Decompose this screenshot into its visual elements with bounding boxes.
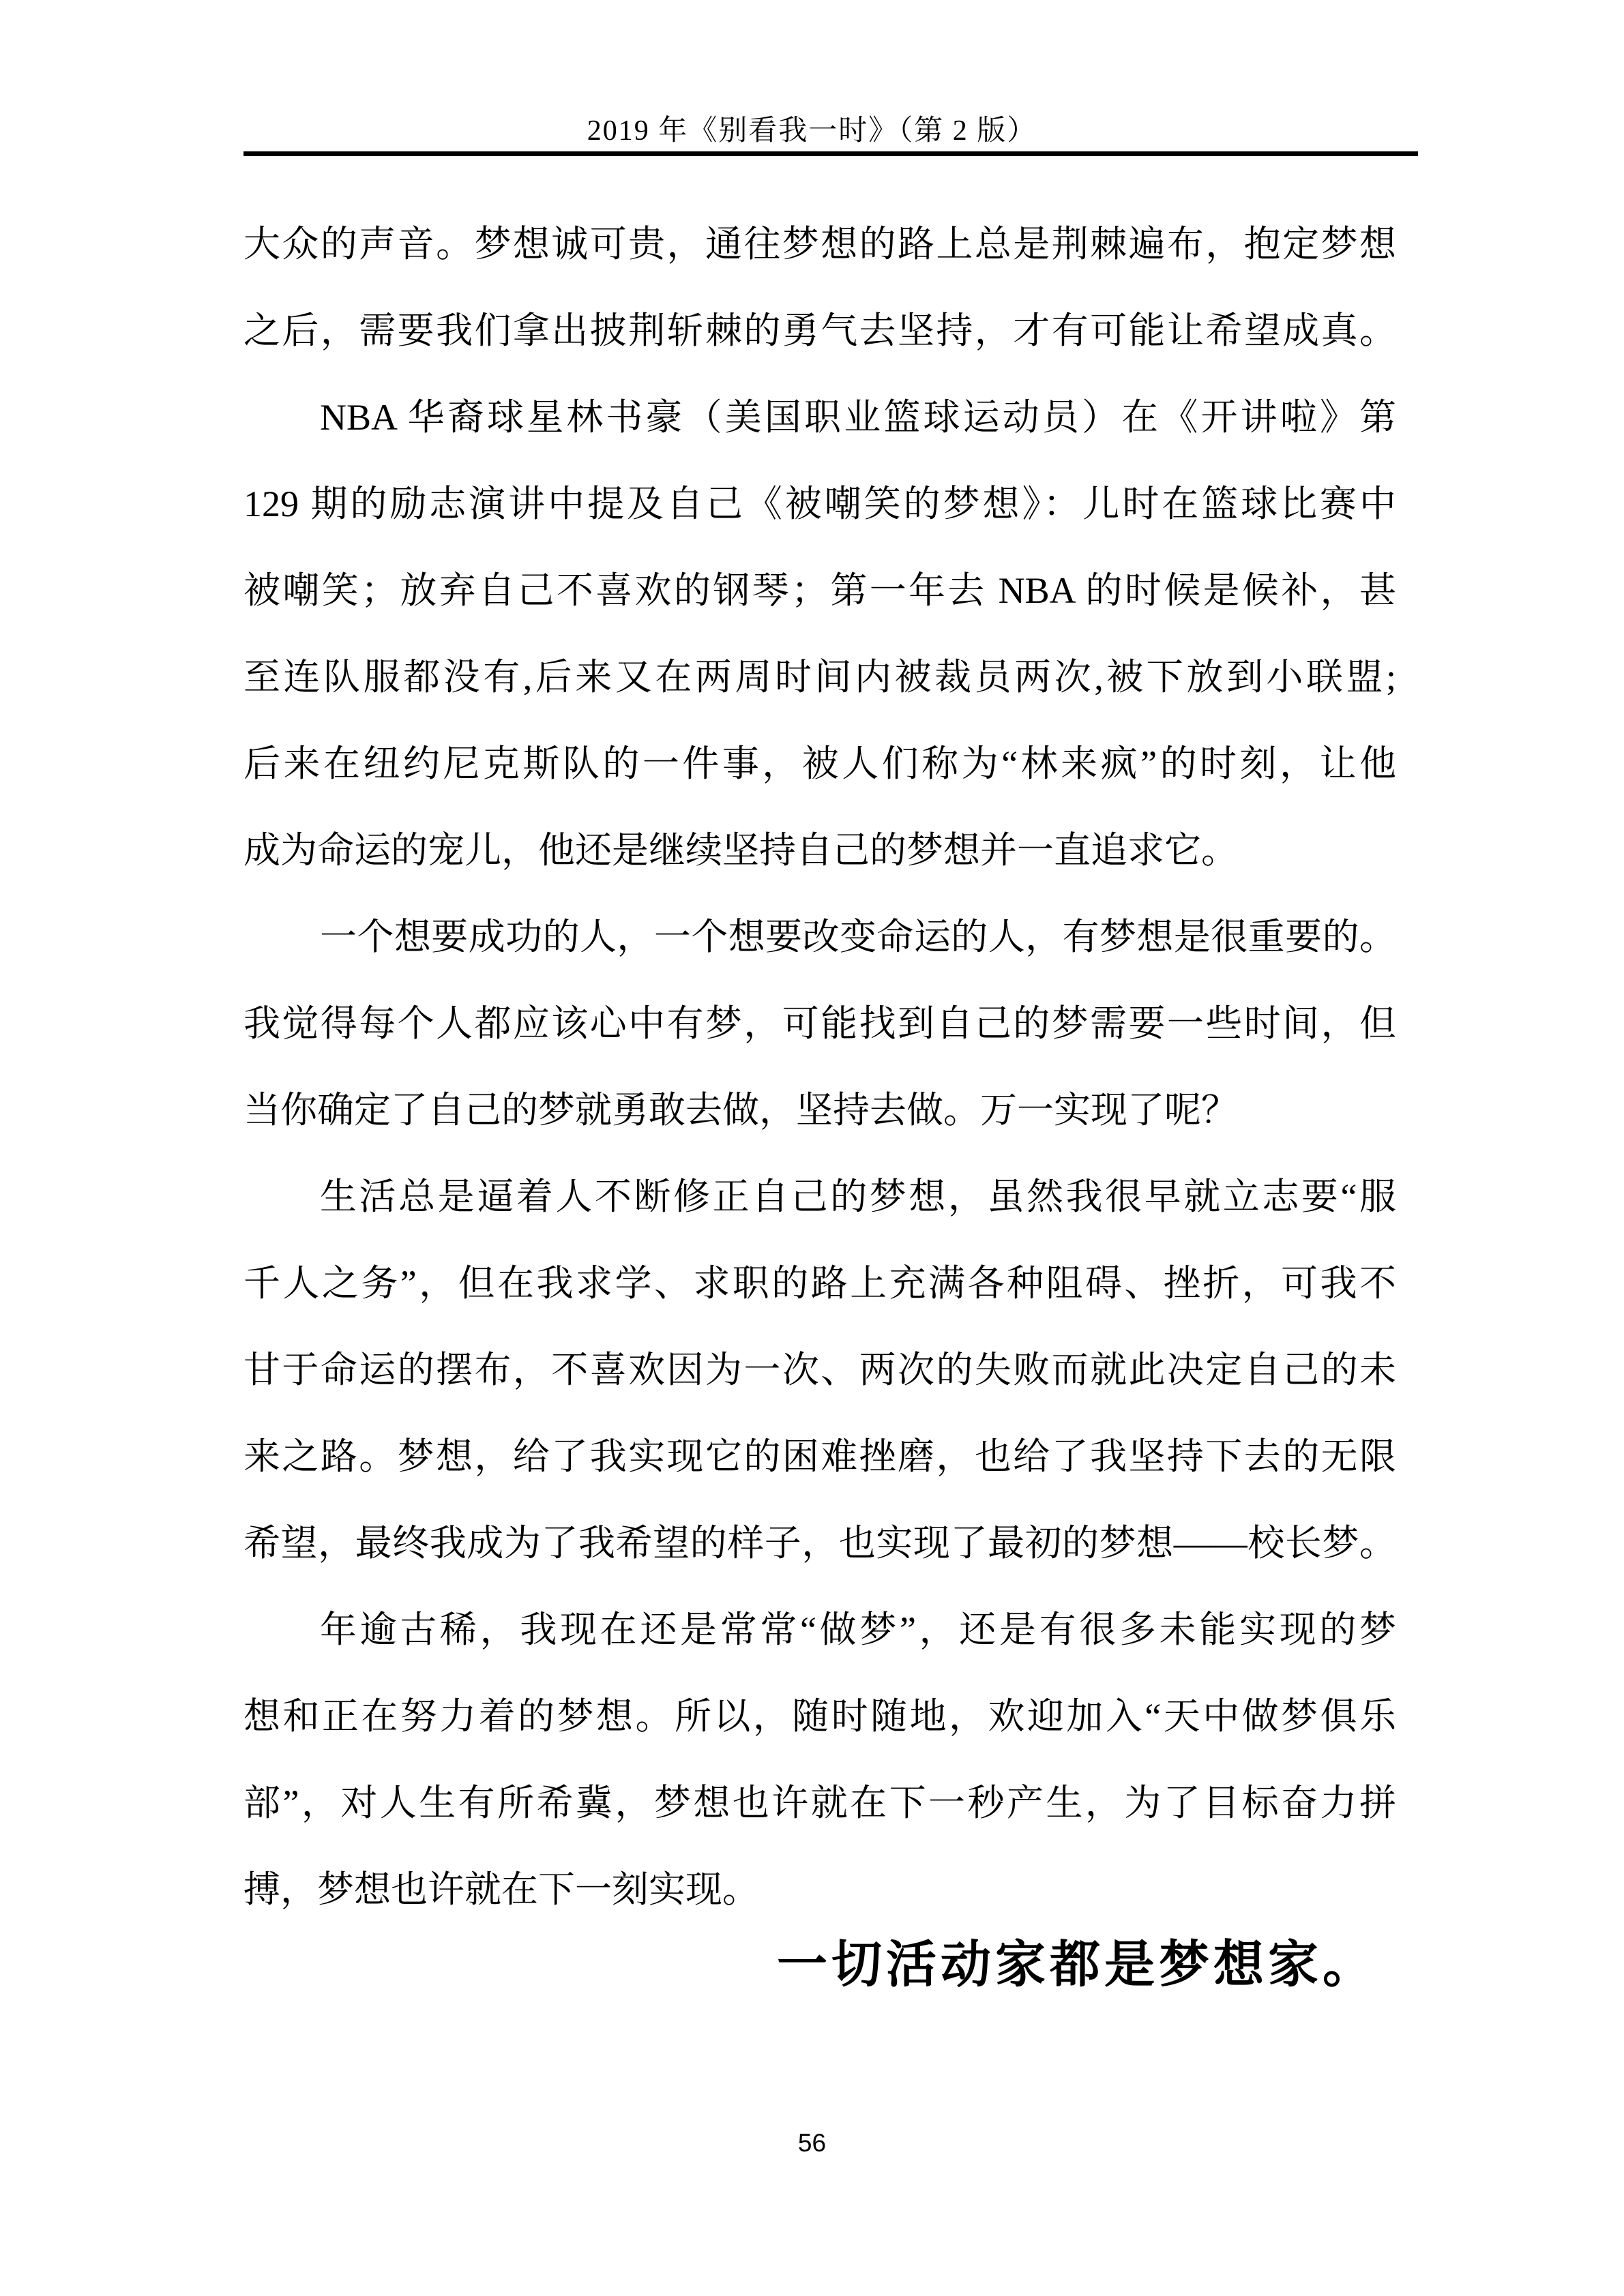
text-line: 我觉得每个人都应该心中有梦，可能找到自己的梦需要一些时间，但 <box>243 981 1396 1067</box>
page-header-title: 2019 年《别看我一时》（第 2 版） <box>0 108 1624 149</box>
text-line: 甘于命运的摆布，不喜欢因为一次、两次的失败而就此决定自己的未 <box>243 1327 1396 1414</box>
text-line: 想和正在努力着的梦想。所以，随时随地，欢迎加入“天中做梦俱乐 <box>243 1673 1396 1760</box>
text-line: 部”，对人生有所希冀，梦想也许就在下一秒产生，为了目标奋力拼 <box>243 1760 1396 1847</box>
text-line: NBA 华裔球星林书豪（美国职业篮球运动员）在《开讲啦》第 <box>243 374 1396 461</box>
page-number: 56 <box>0 2129 1624 2158</box>
text-line: 被嘲笑；放弃自己不喜欢的钢琴；第一年去 NBA 的时候是候补，甚 <box>243 548 1396 634</box>
text-line: 年逾古稀，我现在还是常常“做梦”，还是有很多未能实现的梦 <box>243 1587 1396 1673</box>
text-line: 后来在纽约尼克斯队的一件事，被人们称为“林来疯”的时刻，让他 <box>243 721 1396 807</box>
text-line: 一个想要成功的人，一个想要改变命运的人，有梦想是很重要的。 <box>243 894 1396 981</box>
text-line: 至连队服都没有,后来又在两周时间内被裁员两次,被下放到小联盟; <box>243 634 1396 721</box>
header-divider-rule <box>243 151 1418 156</box>
signature-quote: 一切活动家都是梦想家。 <box>243 1924 1396 1997</box>
document-page: 2019 年《别看我一时》（第 2 版） 大众的声音。梦想诚可贵，通往梦想的路上… <box>0 0 1624 2296</box>
text-line: 之后，需要我们拿出披荆斩棘的勇气去坚持，才有可能让希望成真。 <box>243 288 1396 374</box>
text-line: 来之路。梦想，给了我实现它的困难挫磨，也给了我坚持下去的无限 <box>243 1414 1396 1500</box>
text-line: 大众的声音。梦想诚可贵，通往梦想的路上总是荆棘遍布，抱定梦想 <box>243 201 1396 288</box>
text-line: 129 期的励志演讲中提及自己《被嘲笑的梦想》：儿时在篮球比赛中 <box>243 461 1396 548</box>
text-line: 希望，最终我成为了我希望的样子，也实现了最初的梦想——校长梦。 <box>243 1500 1396 1587</box>
text-line: 千人之务”，但在我求学、求职的路上充满各种阻碍、挫折，可我不 <box>243 1240 1396 1327</box>
text-line: 当你确定了自己的梦就勇敢去做，坚持去做。万一实现了呢？ <box>243 1067 1396 1154</box>
text-line: 成为命运的宠儿，他还是继续坚持自己的梦想并一直追求它。 <box>243 807 1396 894</box>
body-text: 大众的声音。梦想诚可贵，通往梦想的路上总是荆棘遍布，抱定梦想之后，需要我们拿出披… <box>243 201 1396 1933</box>
text-line: 搏，梦想也许就在下一刻实现。 <box>243 1847 1396 1933</box>
text-line: 生活总是逼着人不断修正自己的梦想，虽然我很早就立志要“服 <box>243 1154 1396 1240</box>
